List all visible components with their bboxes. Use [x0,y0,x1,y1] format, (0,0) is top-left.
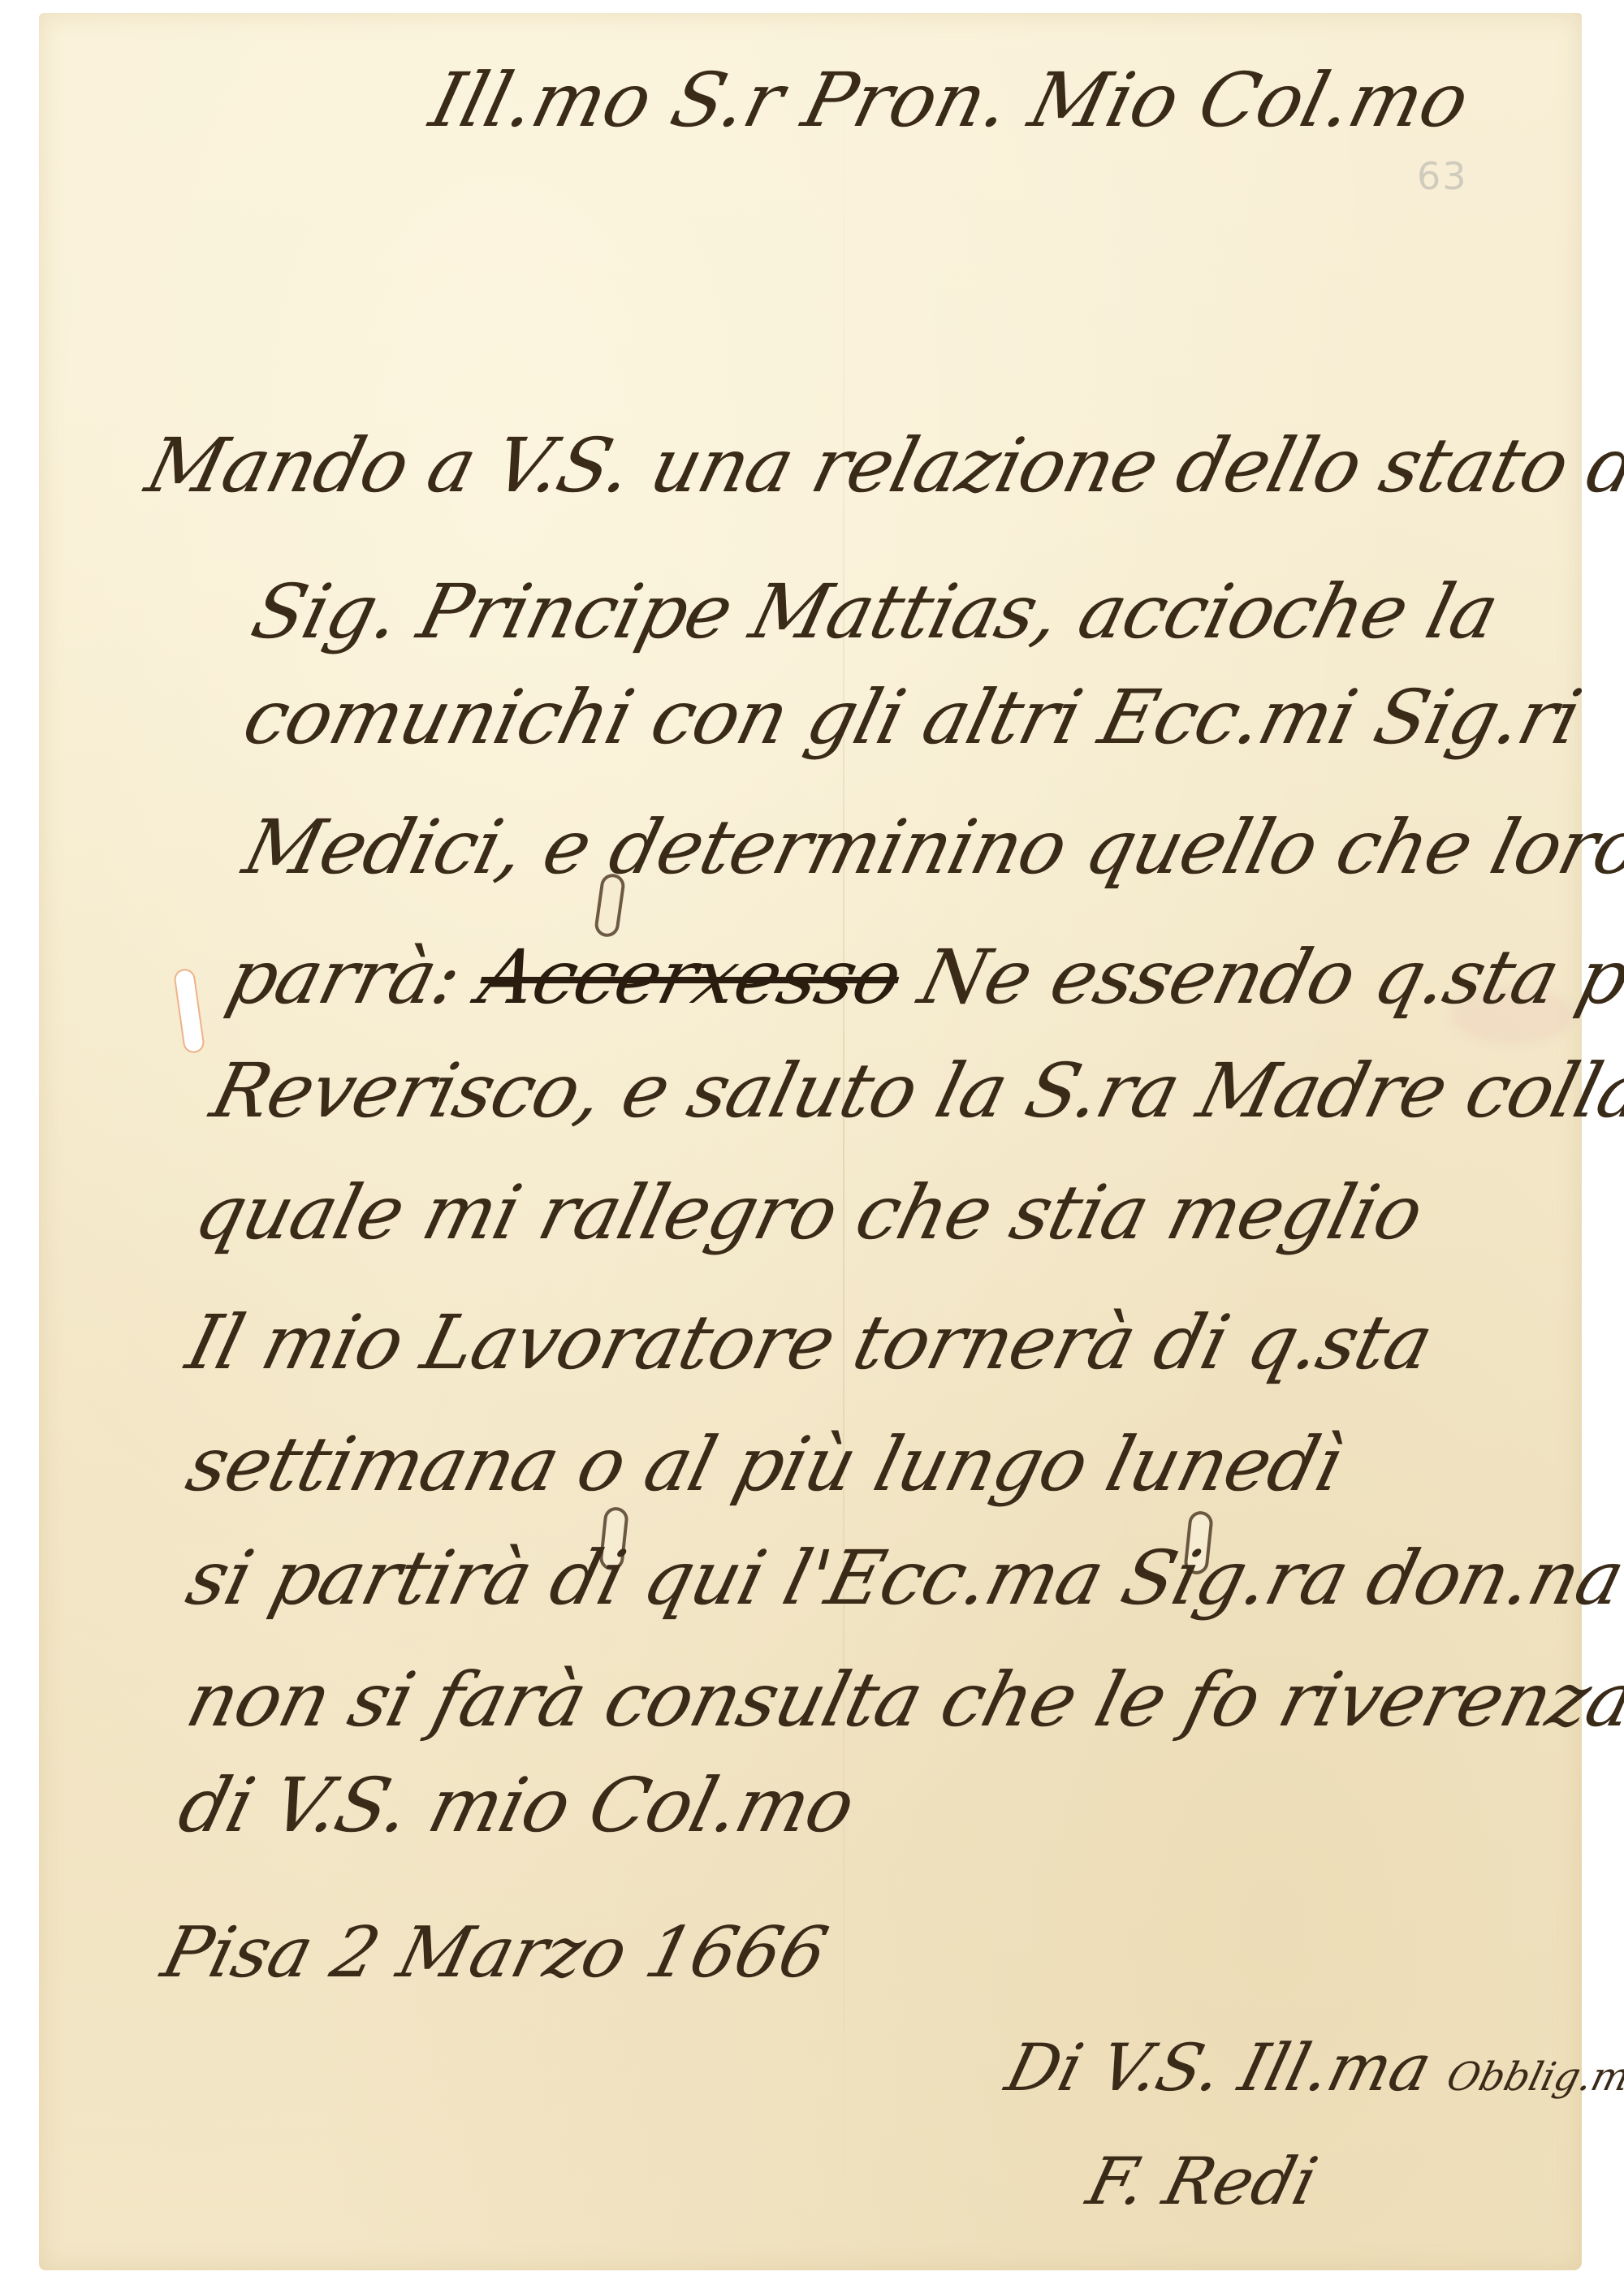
struck-through-word: Accerxesso [471,934,910,1021]
letter-line-11: non si farà consulta che le fo riverenza [179,1656,1624,1743]
date-line: Pisa 2 Marzo 1666 [154,1912,836,1993]
closing-obliged: Obblig.mo [1442,2054,1624,2100]
letter-line-8: Il mio Lavoratore tornerà di q.sta [179,1299,1440,1386]
paper-fold-crease [843,29,844,2270]
signature: F. Redi [1080,2144,1324,2219]
closing-formula: Di V.S. Ill.ma Obblig.mo [999,2030,1624,2105]
letter-line-2: Sig. Principe Mattias, accioche la [244,568,1506,655]
letter-line-10: si partirà di qui l'Ecc.ma Sig.ra don.na [179,1535,1624,1622]
letter-line-5: parrà: Accerxesso Ne essendo q.sta p. al… [219,934,1624,1021]
letter-line-7: quale mi rallegro che stia meglio [187,1169,1431,1256]
letter-line-1: Mando a V.S. una relazione dello stato d… [138,422,1624,509]
letter-line-5-pre: parrà: [219,934,492,1021]
letter-line-4: Medici, e determinino quello che loro [235,804,1624,891]
closing-line: Di V.S. Ill.ma [999,2030,1439,2105]
archive-number: 63 [1417,154,1468,198]
letter-line-5-post: Ne essendo q.sta p. altro [888,934,1624,1021]
salutation: Ill.mo S.r Pron. Mio Col.mo [422,57,1478,144]
letter-line-3: comunichi con gli altri Ecc.mi Sig.ri [235,674,1589,761]
letter-line-6: Reverisco, e saluto la S.ra Madre colla [203,1047,1624,1134]
letter-line-9: settimana o al più lungo lunedì [179,1421,1350,1508]
letter-line-12: di V.S. mio Col.mo [171,1762,862,1849]
